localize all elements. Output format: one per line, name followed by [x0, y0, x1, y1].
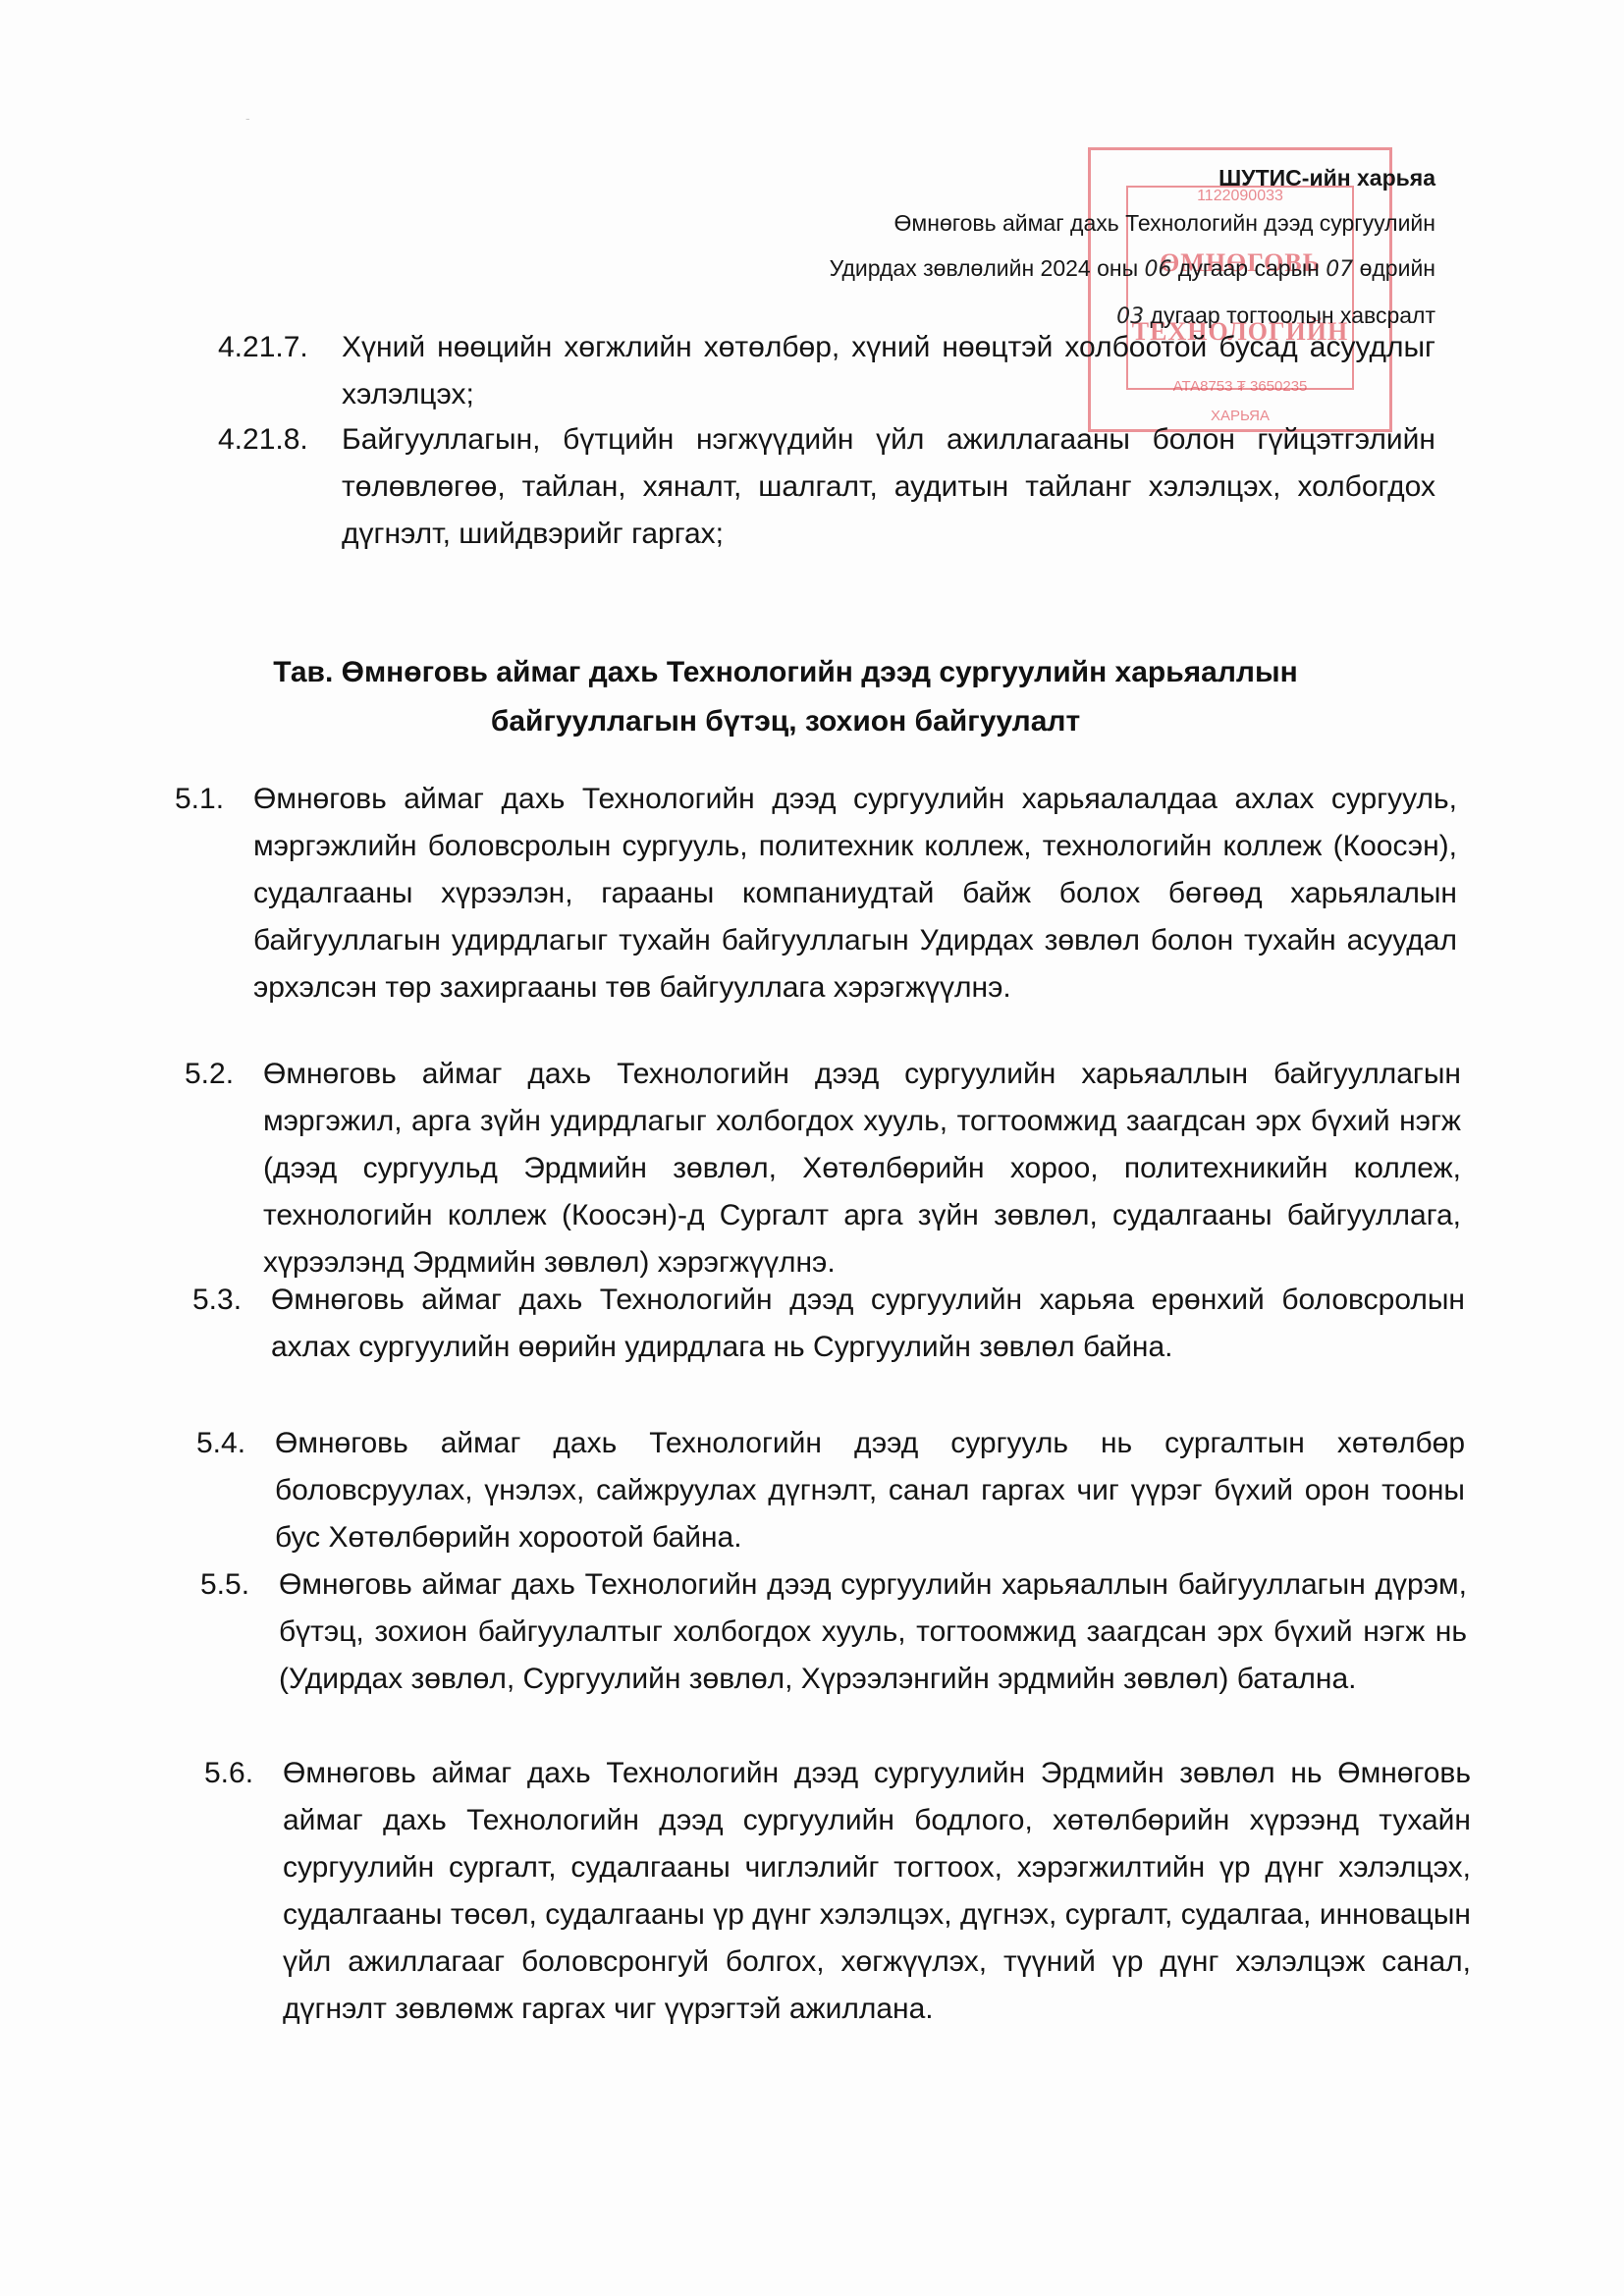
handwritten-resolution-number: 03 [1116, 304, 1144, 329]
header-month-label: дугаар сарын [1178, 255, 1320, 281]
clause-number: 5.2. [185, 1051, 234, 1098]
scan-mark: - [245, 110, 250, 126]
section-title-line2: байгууллагын бүтэц, зохион байгуулалт [196, 697, 1375, 746]
header-resolution-label: дугаар тогтоолын хавсралт [1151, 302, 1435, 328]
handwritten-day: 07 [1326, 257, 1353, 282]
clause-number: 4.21.7. [218, 324, 308, 371]
clause-5-1: 5.1. Өмнөговь аймаг дахь Технологийн дээ… [175, 776, 1457, 1011]
clause-number: 5.1. [175, 776, 224, 823]
clause-number: 5.5. [200, 1561, 249, 1609]
clause-text: Өмнөговь аймаг дахь Технологийн дээд сур… [200, 1561, 1467, 1703]
clause-text: Өмнөговь аймаг дахь Технологийн дээд сур… [204, 1750, 1471, 2033]
clause-text: Өмнөговь аймаг дахь Технологийн дээд сур… [192, 1277, 1465, 1371]
header-line-3: Удирдах зөвлөлийн 2024 оны 06 дугаар сар… [830, 246, 1435, 293]
clause-text: Өмнөговь аймаг дахь Технологийн дээд сур… [175, 776, 1457, 1011]
header-line-4: 03 дугаар тогтоолын хавсралт [830, 293, 1435, 340]
clause-5-4: 5.4. Өмнөговь аймаг дахь Технологийн дээ… [196, 1420, 1465, 1561]
header-council-year: Удирдах зөвлөлийн 2024 оны [830, 255, 1138, 281]
clause-5-3: 5.3. Өмнөговь аймаг дахь Технологийн дээ… [192, 1277, 1465, 1371]
header-line-2: Өмнөговь аймаг дахь Технологийн дээд сур… [830, 200, 1435, 246]
clause-5-6: 5.6. Өмнөговь аймаг дахь Технологийн дээ… [204, 1750, 1471, 2033]
annex-header: ШУТИС-ийн харьяа Өмнөговь аймаг дахь Тех… [830, 155, 1435, 340]
section-five-title: Тав. Өмнөговь аймаг дахь Технологийн дээ… [196, 648, 1375, 746]
clause-5-5: 5.5. Өмнөговь аймаг дахь Технологийн дээ… [200, 1561, 1467, 1703]
clause-number: 5.4. [196, 1420, 245, 1467]
header-day-label: өдрийн [1360, 255, 1435, 281]
section-title-line1: Тав. Өмнөговь аймаг дахь Технологийн дээ… [196, 648, 1375, 697]
clause-5-2: 5.2. Өмнөговь аймаг дахь Технологийн дээ… [185, 1051, 1461, 1286]
header-line-1: ШУТИС-ийн харьяа [830, 155, 1435, 200]
clause-text: Өмнөговь аймаг дахь Технологийн дээд сур… [185, 1051, 1461, 1286]
clause-number: 5.3. [192, 1277, 242, 1324]
clause-text: Байгууллагын, бүтцийн нэгжүүдийн үйл ажи… [218, 416, 1435, 558]
handwritten-month: 06 [1145, 257, 1172, 282]
clause-number: 5.6. [204, 1750, 253, 1797]
document-page: - 1122090033 ӨМНӨГОВЬ ТЕХНОЛОГИЙН АТА875… [0, 0, 1624, 2296]
clause-number: 4.21.8. [218, 416, 308, 464]
clause-text: Өмнөговь аймаг дахь Технологийн дээд сур… [196, 1420, 1465, 1561]
clause-4-21-8: 4.21.8. Байгууллагын, бүтцийн нэгжүүдийн… [218, 416, 1435, 558]
